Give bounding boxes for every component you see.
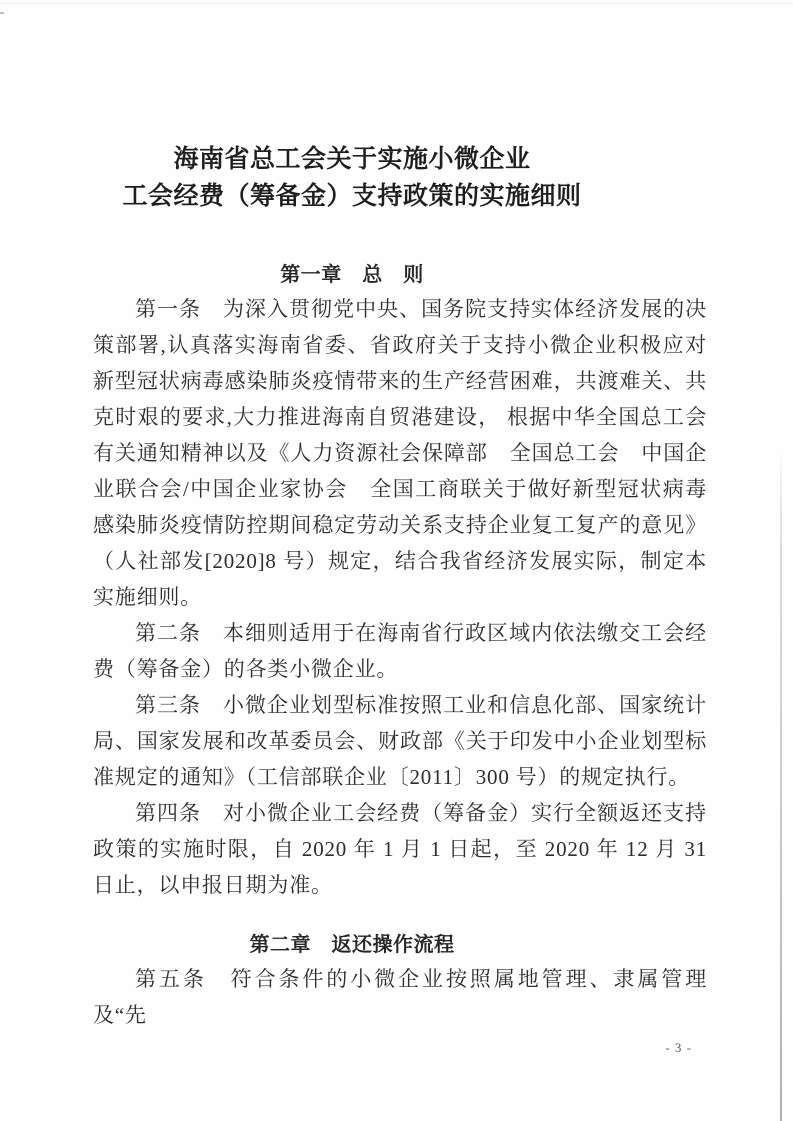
chapter-1-heading: 第一章 总 则 [0,263,704,287]
chapter-2-body: 第五条 符合条件的小微企业按照属地管理、隶属管理及“先 [93,961,707,1033]
page-number: - 3 - [665,1040,692,1056]
scan-artifact-top-edge [0,3,793,4]
scan-artifact-right-line [780,448,782,1121]
document-title: 海南省总工会关于实施小微企业 工会经费（筹备金）支持政策的实施细则 [0,0,704,215]
article-3-paragraph: 第三条 小微企业划型标准按照工业和信息化部、国家统计局、国家发展和改革委员会、财… [93,687,707,795]
scan-artifact-left-dash [0,12,4,14]
scanned-document-page: 海南省总工会关于实施小微企业 工会经费（筹备金）支持政策的实施细则 第一章 总 … [0,0,793,1121]
chapter-2-heading: 第二章 返还操作流程 [0,933,704,957]
article-4-paragraph: 第四条 对小微企业工会经费（筹备金）实行全额返还支持政策的实施时限，自 2020… [93,795,707,903]
article-1-paragraph: 第一条 为深入贯彻党中央、国务院支持实体经济发展的决策部署,认真落实海南省委、省… [93,291,707,615]
article-2-paragraph: 第二条 本细则适用于在海南省行政区域内依法缴交工会经费（筹备金）的各类小微企业。 [93,615,707,687]
chapter-1-body: 第一条 为深入贯彻党中央、国务院支持实体经济发展的决策部署,认真落实海南省委、省… [93,291,707,903]
document-title-line-1: 海南省总工会关于实施小微企业 [0,141,704,178]
document-title-line-2: 工会经费（筹备金）支持政策的实施细则 [0,178,704,215]
article-5-paragraph: 第五条 符合条件的小微企业按照属地管理、隶属管理及“先 [93,961,707,1033]
